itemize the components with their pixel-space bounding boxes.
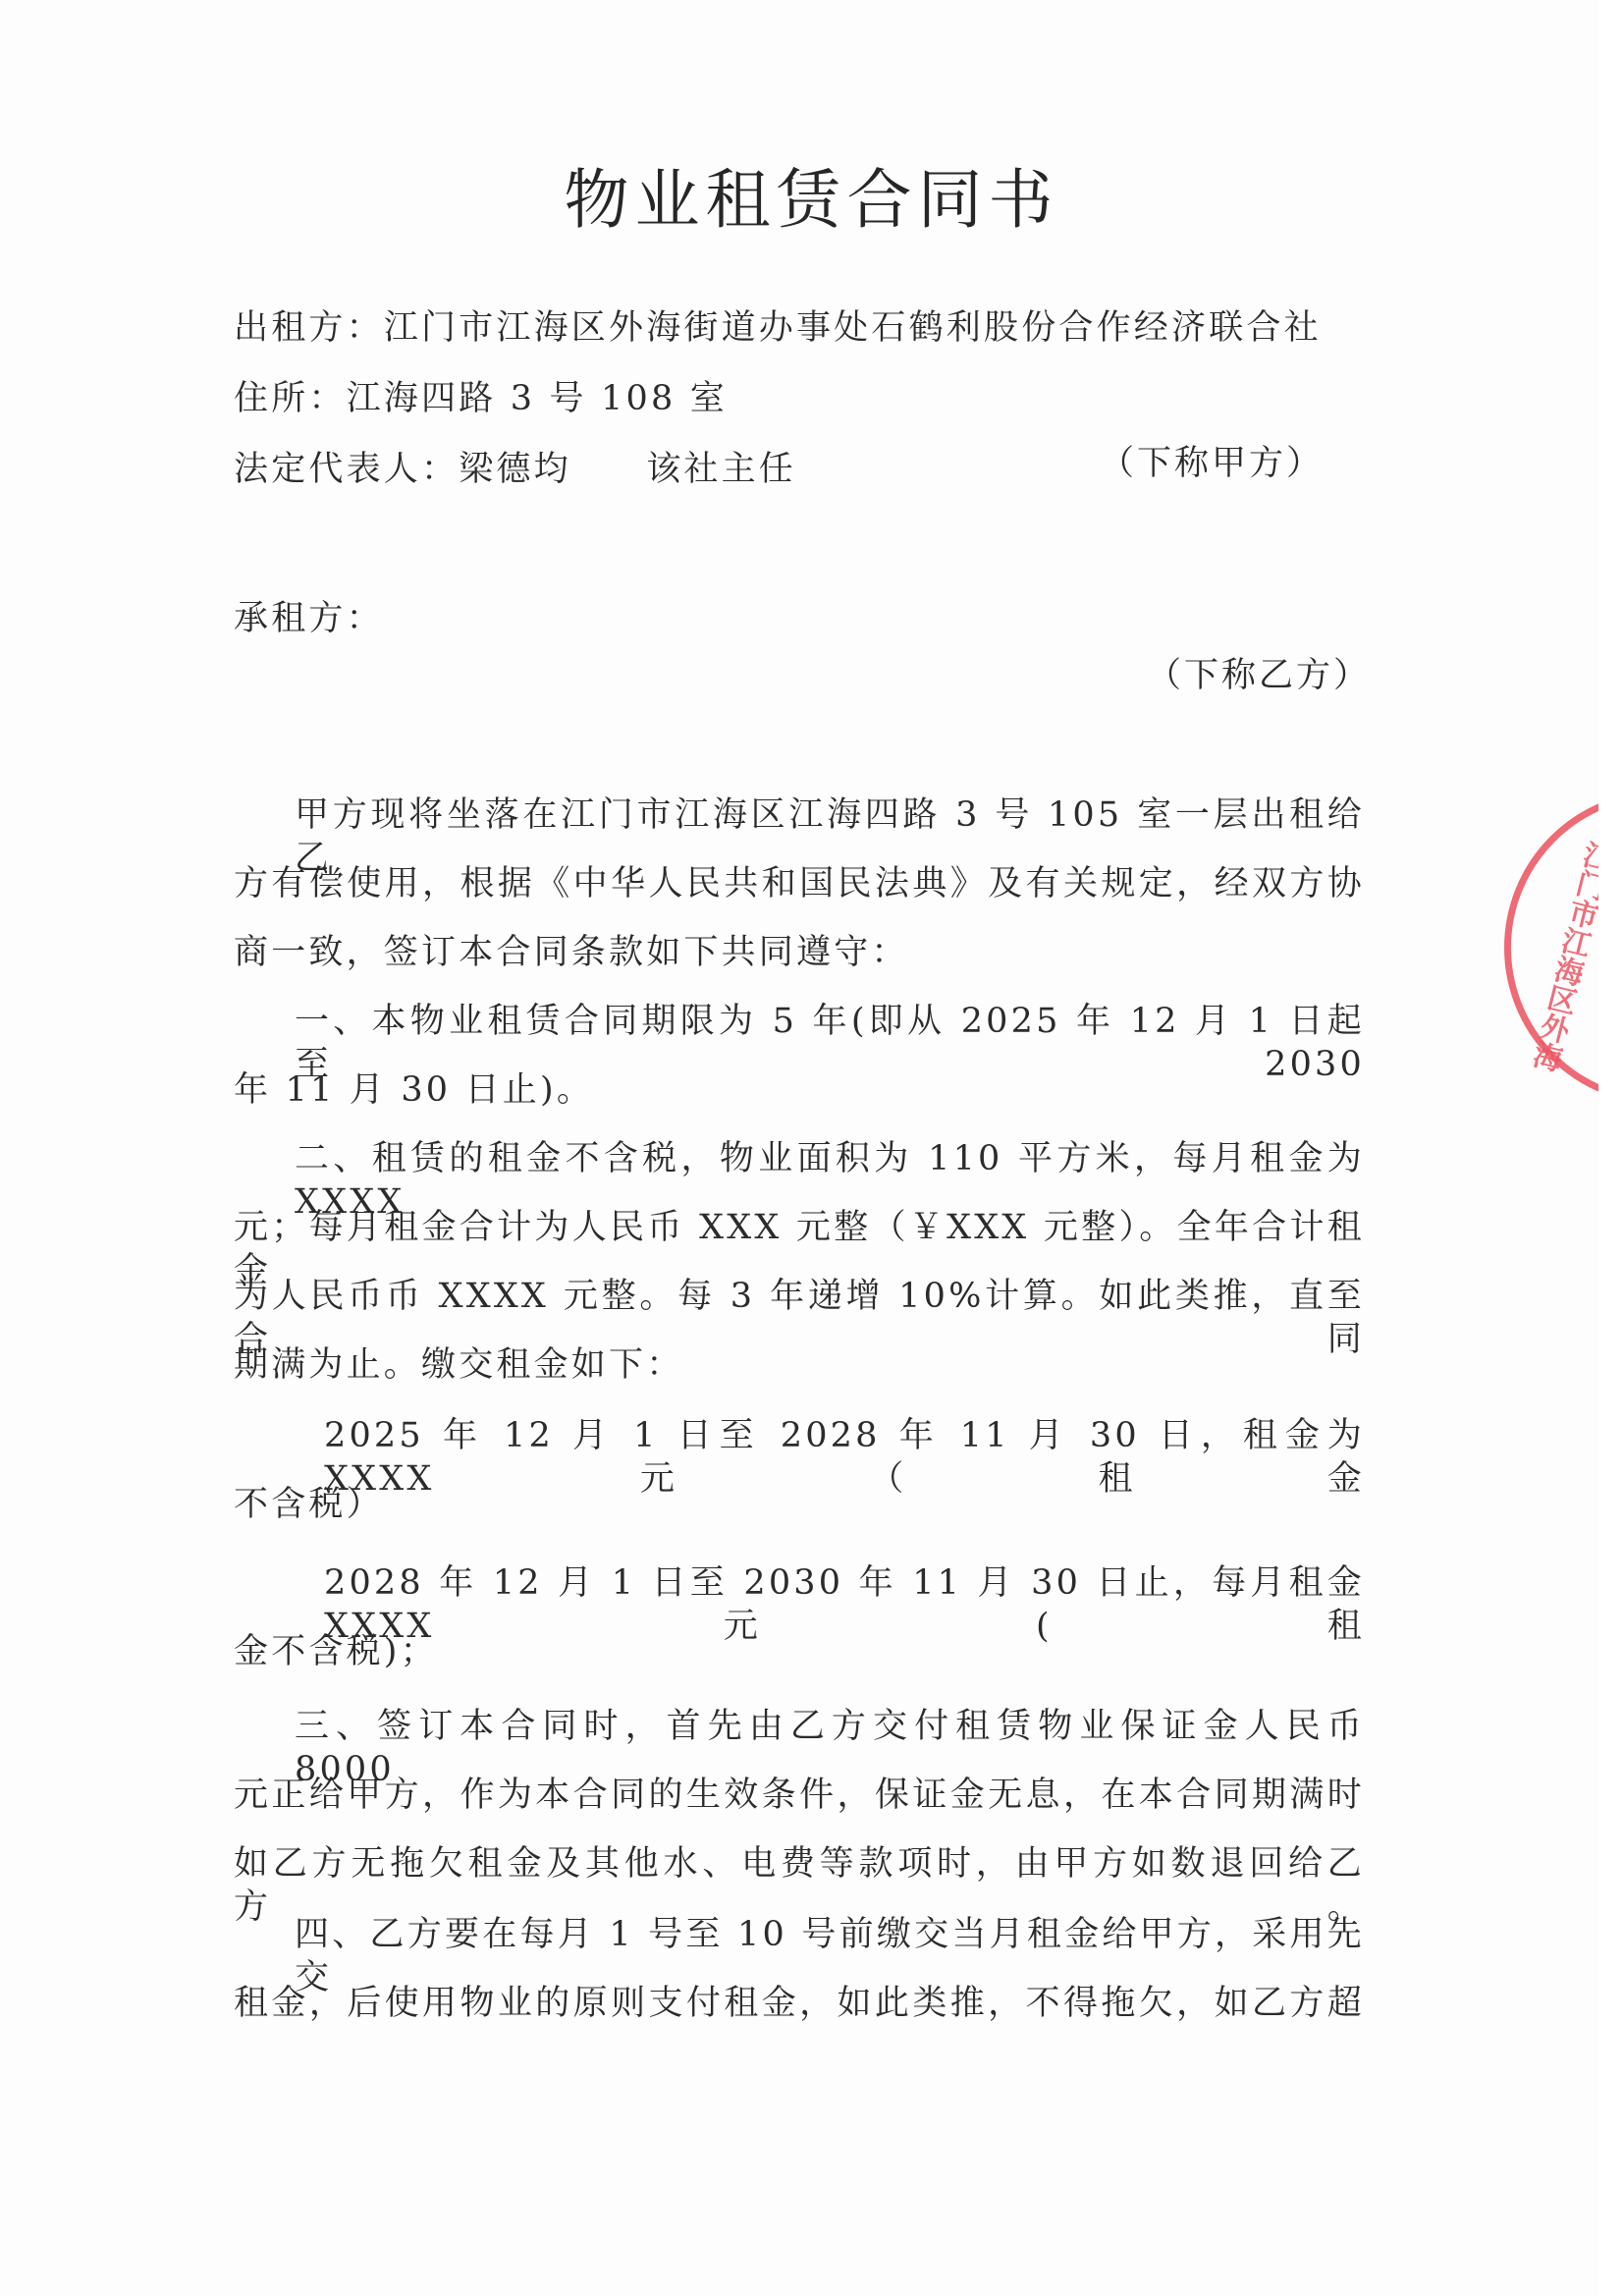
clause-1-line-2: 年 11 月 30 日止)。 bbox=[234, 1068, 1373, 1112]
clause-4-line-2: 租金，后使用物业的原则支付租金，如此类推，不得拖欠，如乙方超 bbox=[234, 1982, 1365, 2025]
body-line-2: 方有偿使用，根据《中华人民共和国民法典》及有关规定，经双方协 bbox=[234, 862, 1365, 905]
rent-period-2-line-2: 金不含税)； bbox=[234, 1630, 1373, 1673]
lessee-alias: （下称乙方） bbox=[1147, 654, 1371, 697]
clause-2-line-4: 期满为止。缴交租金如下： bbox=[234, 1343, 1373, 1387]
body-line-3: 商一致，签订本合同条款如下共同遵守： bbox=[234, 931, 1373, 974]
contract-page: 物业租赁合同书 出租方：江门市江海区外海街道办事处石鹤利股份合作经济联合社 住所… bbox=[0, 0, 1623, 2296]
clause-3-line-2: 元正给甲方，作为本合同的生效条件，保证金无息，在本合同期满时 bbox=[234, 1774, 1365, 1817]
lessor-address-line: 住所：江海四路 3 号 108 室 bbox=[234, 377, 1373, 420]
lessor-alias: （下称甲方） bbox=[1100, 442, 1324, 485]
document-title: 物业租赁合同书 bbox=[0, 147, 1623, 241]
page-edge bbox=[1598, 0, 1623, 2296]
rent-period-1-line-2: 不含税） bbox=[234, 1483, 1373, 1526]
lessor-name-line: 出租方：江门市江海区外海街道办事处石鹤利股份合作经济联合社 bbox=[234, 306, 1373, 350]
lessee-name-line: 承租方： bbox=[234, 597, 1373, 640]
